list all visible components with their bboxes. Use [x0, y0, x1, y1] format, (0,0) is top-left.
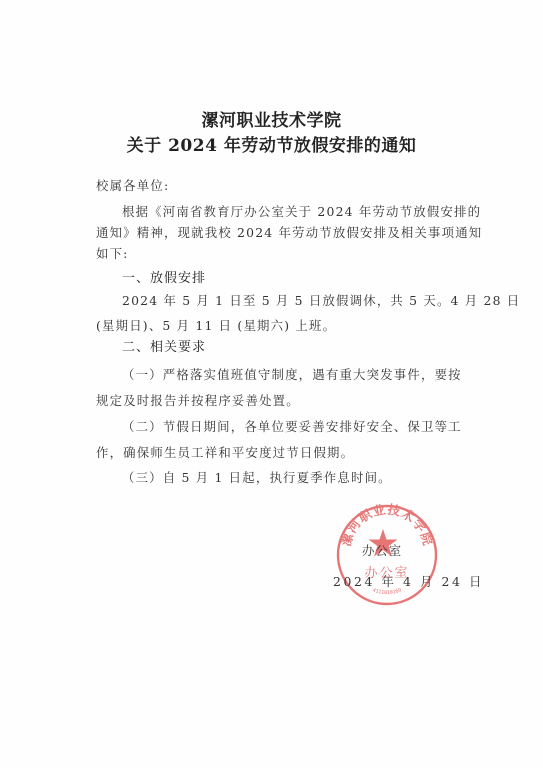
intro-line-2: 通知》精神，现就我校 2024 年劳动节放假安排及相关事项通知 [96, 225, 452, 241]
document-title-notice: 关于 2024 年劳动节放假安排的通知 [0, 131, 543, 156]
section-heading-holiday-arrangement: 一、放假安排 [122, 271, 206, 287]
salutation: 校属各单位: [96, 178, 169, 194]
holiday-arrangement-line-1: 2024 年 5 月 1 日至 5 月 5 日放假调休，共 5 天。4 月 28… [122, 293, 452, 309]
requirement-2-line-2: 作，确保师生员工祥和平安度过节日假期。 [96, 445, 354, 461]
requirement-1-line-1: （一）严格落实值班值守制度，遇有重大突发事件，要按 [122, 367, 452, 383]
holiday-arrangement-line-2: (星期日)、5 月 11 日 (星期六) 上班。 [96, 318, 336, 334]
section-heading-requirements: 二、相关要求 [122, 340, 206, 356]
requirement-3-line-1: （三）自 5 月 1 日起，执行夏季作息时间。 [122, 470, 392, 486]
signature-date: 2024 年 4 月 24 日 [333, 572, 484, 590]
requirement-2-line-1: （二）节假日期间，各单位要妥善安排好安全、保卫等工 [122, 419, 452, 435]
intro-line-3: 如下: [96, 246, 129, 262]
document-title-institution: 漯河职业技术学院 [0, 106, 543, 131]
signature-office: 办公室 [362, 541, 402, 559]
document-page: 漯河职业技术学院 关于 2024 年劳动节放假安排的通知 校属各单位: 根据《河… [0, 0, 543, 768]
intro-line-1: 根据《河南省教育厅办公室关于 2024 年劳动节放假安排的 [122, 204, 452, 220]
requirement-1-line-2: 规定及时报告并按程序妥善处置。 [96, 393, 300, 409]
